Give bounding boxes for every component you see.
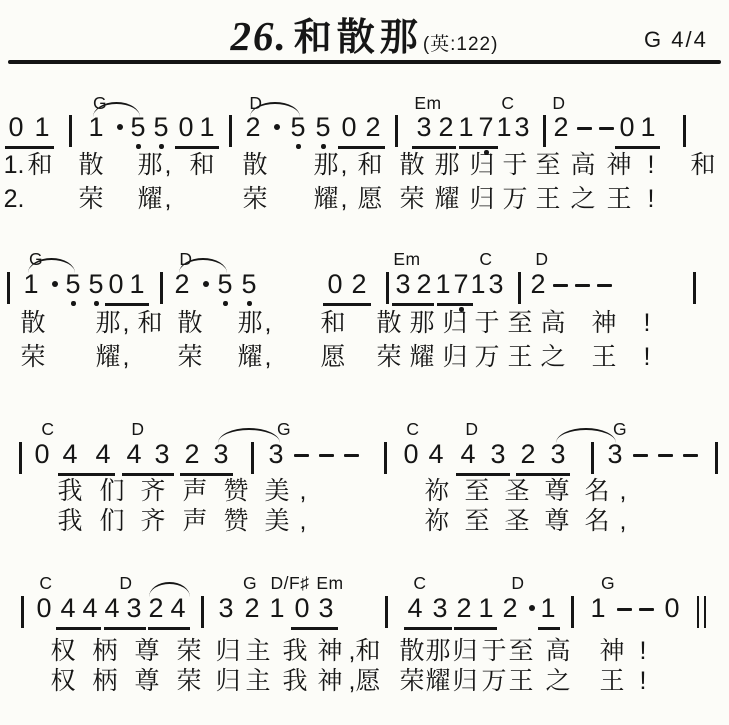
note-digit: 2	[184, 440, 199, 470]
eighth-beam	[412, 146, 456, 149]
barline	[160, 272, 163, 304]
dotted-note-dot	[52, 281, 58, 287]
lyric-syllable: 散	[399, 638, 424, 666]
eighth-beam	[105, 303, 149, 306]
note-digit: 0	[619, 113, 634, 143]
lyric-syllable: 于	[502, 152, 527, 180]
chord-label: D	[465, 419, 478, 440]
note-digit: 1	[478, 594, 493, 624]
barline	[571, 596, 574, 628]
lyric-syllable: 圣	[504, 508, 529, 536]
lyric-syllable: 之	[540, 344, 565, 372]
low-octave-dot	[321, 144, 326, 149]
low-octave-dot	[247, 301, 252, 306]
eighth-beam	[437, 303, 473, 306]
lyric-syllable: 尊	[544, 508, 569, 536]
lyric-syllable: 高	[540, 310, 565, 338]
lyric-syllable: 至	[508, 638, 533, 666]
eighth-beam	[338, 146, 385, 149]
lyric-syllable: 归	[442, 310, 467, 338]
dotted-note-dot	[529, 605, 535, 611]
lyric-syllable: 荣	[176, 638, 201, 666]
lyric-syllable: 齐	[140, 478, 165, 506]
chord-label: D	[131, 419, 144, 440]
eighth-beam	[104, 627, 146, 630]
chord-label: C	[39, 573, 52, 594]
lyric-syllable: ,	[165, 152, 172, 180]
lyric-syllable: 高	[545, 638, 570, 666]
lyric-syllable: 神	[317, 638, 342, 666]
lyric-syllable: 那	[425, 638, 450, 666]
note-digit: 1	[640, 113, 655, 143]
lyric-syllable: 耀	[137, 186, 162, 214]
dotted-note-dot	[117, 124, 123, 130]
barline	[201, 596, 204, 628]
duration-dash	[319, 454, 334, 457]
note-digit: 5	[153, 113, 168, 143]
lyric-syllable: 荣	[376, 344, 401, 372]
barline	[69, 115, 72, 147]
low-octave-dot	[296, 144, 301, 149]
note-digit: 4	[95, 440, 110, 470]
duration-dash	[344, 454, 359, 457]
lyric-syllable: 那	[313, 152, 338, 180]
lyric-syllable: 至	[507, 310, 532, 338]
duration-dash	[597, 284, 612, 287]
note-digit: 5	[290, 113, 305, 143]
note-digit: 3	[318, 594, 333, 624]
note-digit: 7	[478, 113, 493, 143]
lyric-syllable: 万	[481, 668, 506, 696]
lyric-syllable: 王	[599, 668, 624, 696]
chord-label: C	[501, 93, 514, 114]
lyric-syllable: 祢	[424, 478, 449, 506]
lyric-syllable: ,	[341, 152, 348, 180]
chord-label: D	[119, 573, 132, 594]
lyric-syllable: 和	[690, 152, 715, 180]
dotted-note-dot	[203, 281, 209, 287]
lyric-syllable: 荣	[78, 186, 103, 214]
note-digit: 1	[458, 113, 473, 143]
eighth-beam	[5, 146, 54, 149]
eighth-beam	[291, 627, 338, 630]
note-digit: 3	[218, 594, 233, 624]
note-digit: 0	[34, 440, 49, 470]
lyric-syllable: !	[640, 638, 647, 666]
lyric-syllable: 万	[502, 186, 527, 214]
note-digit: 0	[294, 594, 309, 624]
note-digit: 3	[395, 270, 410, 300]
lyric-syllable: 齐	[140, 508, 165, 536]
chord-label: G	[601, 573, 615, 594]
note-digit: 3	[213, 440, 228, 470]
note-digit: 1	[496, 113, 511, 143]
chord-label: D/F♯	[271, 573, 310, 594]
lyric-syllable: 权	[50, 638, 75, 666]
note-digit: 1	[23, 270, 38, 300]
lyric-syllable: 我	[282, 668, 307, 696]
eighth-beam	[392, 303, 434, 306]
lyric-syllable: !	[644, 344, 651, 372]
eighth-beam	[454, 627, 497, 630]
lyric-syllable: 荣	[399, 668, 424, 696]
lyric-syllable: 耀	[434, 186, 459, 214]
lyric-syllable: ,	[123, 310, 130, 338]
lyric-syllable: 美	[264, 478, 289, 506]
lyric-syllable: 1.	[4, 152, 25, 180]
lyric-syllable: 于	[481, 638, 506, 666]
note-digit: 3	[268, 440, 283, 470]
lyric-syllable: 耀	[95, 344, 120, 372]
barline	[384, 442, 387, 474]
barline	[385, 596, 388, 628]
lyric-syllable: 祢	[424, 508, 449, 536]
lyric-syllable: 美	[264, 508, 289, 536]
lyric-syllable: 们	[99, 478, 124, 506]
note-digit: 1	[540, 594, 555, 624]
lyric-syllable: 归	[452, 668, 477, 696]
note-digit: 0	[108, 270, 123, 300]
note-digit: 2	[438, 113, 453, 143]
lyric-syllable: 那	[95, 310, 120, 338]
lyric-syllable: 柄	[92, 638, 117, 666]
note-digit: 5	[241, 270, 256, 300]
note-digit: 5	[315, 113, 330, 143]
note-digit: 4	[60, 594, 75, 624]
lyric-syllable: 耀	[425, 668, 450, 696]
note-digit: 2	[351, 270, 366, 300]
note-digit: 3	[514, 113, 529, 143]
lyric-syllable: 之	[545, 668, 570, 696]
lyric-syllable: 赞	[223, 508, 248, 536]
chord-label: C	[413, 573, 426, 594]
note-digit: 1	[269, 594, 284, 624]
lyric-syllable: 尊	[134, 668, 159, 696]
lyric-syllable: 归	[215, 668, 240, 696]
note-digit: 4	[104, 594, 119, 624]
lyric-syllable: ,	[341, 186, 348, 214]
note-digit: 1	[129, 270, 144, 300]
duration-dash	[294, 454, 309, 457]
barline	[7, 272, 10, 304]
lyric-syllable: 王	[535, 186, 560, 214]
duration-dash	[617, 608, 632, 611]
lyric-syllable: ,	[300, 508, 307, 536]
duration-dash	[639, 608, 654, 611]
lyric-syllable: 权	[50, 668, 75, 696]
lyric-syllable: 耀	[313, 186, 338, 214]
note-digit: 4	[62, 440, 77, 470]
chord-label: C	[406, 419, 419, 440]
note-digit: 3	[488, 270, 503, 300]
low-octave-dot	[136, 144, 141, 149]
note-digit: 1	[435, 270, 450, 300]
low-octave-dot	[223, 301, 228, 306]
dotted-note-dot	[274, 124, 280, 130]
chord-label: D	[552, 93, 565, 114]
lyric-syllable: 和	[357, 152, 382, 180]
barline	[395, 115, 398, 147]
note-digit: 2	[553, 113, 568, 143]
chord-label: C	[479, 249, 492, 270]
lyric-syllable: 那	[409, 310, 434, 338]
lyric-syllable: 归	[469, 186, 494, 214]
chord-label: G	[613, 419, 627, 440]
note-digit: 4	[460, 440, 475, 470]
note-digit: 1	[199, 113, 214, 143]
chord-label: D	[535, 249, 548, 270]
duration-dash	[683, 454, 698, 457]
lyric-syllable: 神	[599, 638, 624, 666]
lyric-syllable: 于	[474, 310, 499, 338]
lyric-syllable: 散	[20, 310, 45, 338]
lyric-syllable: 我	[57, 508, 82, 536]
barline	[229, 115, 232, 147]
lyric-syllable: ,	[349, 638, 356, 666]
lyric-syllable: 荣	[20, 344, 45, 372]
lyric-syllable: 荣	[399, 186, 424, 214]
lyric-syllable: 和	[320, 310, 345, 338]
lyric-syllable: 愿	[355, 668, 380, 696]
lyric-syllable: 圣	[504, 478, 529, 506]
barline	[693, 272, 696, 304]
note-digit: 3	[607, 440, 622, 470]
lyric-syllable: 归	[469, 152, 494, 180]
lyric-syllable: 至	[464, 478, 489, 506]
chord-label: Em	[316, 573, 343, 594]
score: GDEmCD0115501255023217132011.和散那,和散那,和散那…	[0, 0, 729, 725]
lyric-syllable: ,	[300, 478, 307, 506]
lyric-syllable: 荣	[176, 668, 201, 696]
lyric-syllable: 王	[591, 344, 616, 372]
lyric-syllable: ,	[620, 478, 627, 506]
lyric-syllable: 声	[182, 478, 207, 506]
lyric-syllable: 散	[376, 310, 401, 338]
lyric-syllable: 归	[452, 638, 477, 666]
lyric-syllable: 尊	[544, 478, 569, 506]
note-digit: 1	[590, 594, 605, 624]
duration-dash	[599, 127, 614, 130]
note-digit: 2	[530, 270, 545, 300]
note-digit: 4	[407, 594, 422, 624]
lyric-syllable: 赞	[223, 478, 248, 506]
lyric-syllable: !	[644, 310, 651, 338]
note-digit: 3	[550, 440, 565, 470]
lyric-syllable: !	[648, 186, 655, 214]
chord-label: Em	[414, 93, 441, 114]
note-digit: 2	[365, 113, 380, 143]
eighth-beam	[180, 473, 233, 476]
lyric-syllable: 至	[535, 152, 560, 180]
barline	[251, 442, 254, 474]
note-digit: 3	[490, 440, 505, 470]
lyric-syllable: 高	[570, 152, 595, 180]
note-digit: 2	[148, 594, 163, 624]
eighth-beam	[516, 473, 570, 476]
barline	[543, 115, 546, 147]
lyric-syllable: 和	[27, 152, 52, 180]
eighth-beam	[323, 303, 371, 306]
lyric-syllable: 散	[242, 152, 267, 180]
note-digit: 5	[65, 270, 80, 300]
lyric-syllable: 耀	[409, 344, 434, 372]
lyric-syllable: 们	[99, 508, 124, 536]
lyric-syllable: 荣	[177, 344, 202, 372]
lyric-syllable: ,	[165, 186, 172, 214]
eighth-beam	[459, 146, 498, 149]
note-digit: 2	[244, 594, 259, 624]
note-digit: 2	[456, 594, 471, 624]
lyric-syllable: 那	[237, 310, 262, 338]
lyric-syllable: 之	[570, 186, 595, 214]
lyric-syllable: 愿	[357, 186, 382, 214]
lyric-syllable: 和	[189, 152, 214, 180]
lyric-syllable: 至	[464, 508, 489, 536]
lyric-syllable: 和	[137, 310, 162, 338]
lyric-syllable: 归	[215, 638, 240, 666]
chord-label: G	[243, 573, 257, 594]
note-digit: 1	[34, 113, 49, 143]
lyric-syllable: 声	[182, 508, 207, 536]
lyric-syllable: 尊	[134, 638, 159, 666]
lyric-syllable: 那	[137, 152, 162, 180]
low-octave-dot	[94, 301, 99, 306]
lyric-syllable: 名	[584, 478, 609, 506]
lyric-syllable: ,	[265, 344, 272, 372]
barline	[591, 442, 594, 474]
eighth-beam	[58, 473, 115, 476]
note-digit: 4	[126, 440, 141, 470]
lyric-syllable: ,	[123, 344, 130, 372]
note-digit: 2	[174, 270, 189, 300]
note-digit: 5	[88, 270, 103, 300]
lyric-syllable: 和	[355, 638, 380, 666]
lyric-syllable: 我	[282, 638, 307, 666]
barline	[19, 442, 22, 474]
low-octave-dot	[71, 301, 76, 306]
lyric-syllable: 神	[317, 668, 342, 696]
lyric-syllable: 王	[606, 186, 631, 214]
note-digit: 3	[154, 440, 169, 470]
note-digit: 0	[327, 270, 342, 300]
eighth-beam	[456, 473, 510, 476]
note-digit: 4	[428, 440, 443, 470]
note-digit: 1	[88, 113, 103, 143]
lyric-syllable: 神	[606, 152, 631, 180]
barline	[386, 272, 389, 304]
barline	[21, 596, 24, 628]
note-digit: 2	[416, 270, 431, 300]
eighth-beam	[122, 473, 174, 476]
eighth-beam	[148, 627, 190, 630]
duration-dash	[575, 284, 590, 287]
lyric-syllable: 荣	[242, 186, 267, 214]
lyric-syllable: 散	[177, 310, 202, 338]
note-digit: 0	[341, 113, 356, 143]
lyric-syllable: !	[640, 668, 647, 696]
sheet-music-page: 26.和散那(英:122) G 4/4 GDEmCD01155012550232…	[0, 0, 729, 725]
note-digit: 4	[82, 594, 97, 624]
chord-label: G	[277, 419, 291, 440]
note-digit: 1	[470, 270, 485, 300]
note-digit: 0	[178, 113, 193, 143]
duration-dash	[577, 127, 592, 130]
lyric-syllable: 主	[245, 668, 270, 696]
lyric-syllable: 那	[434, 152, 459, 180]
lyric-syllable: ,	[265, 310, 272, 338]
final-barline	[697, 596, 706, 628]
note-digit: 5	[217, 270, 232, 300]
lyric-syllable: 耀	[237, 344, 262, 372]
note-digit: 2	[245, 113, 260, 143]
lyric-syllable: 王	[507, 344, 532, 372]
lyric-syllable: ,	[349, 668, 356, 696]
note-digit: 4	[170, 594, 185, 624]
note-digit: 5	[130, 113, 145, 143]
lyric-syllable: ,	[620, 508, 627, 536]
note-digit: 0	[664, 594, 679, 624]
eighth-beam	[404, 627, 452, 630]
lyric-syllable: 万	[474, 344, 499, 372]
note-digit: 2	[520, 440, 535, 470]
lyric-syllable: 归	[442, 344, 467, 372]
note-digit: 2	[502, 594, 517, 624]
lyric-syllable: 神	[591, 310, 616, 338]
low-octave-dot	[159, 144, 164, 149]
note-digit: 3	[416, 113, 431, 143]
duration-dash	[633, 454, 648, 457]
chord-label: C	[41, 419, 54, 440]
duration-dash	[658, 454, 673, 457]
chord-label: D	[511, 573, 524, 594]
barline	[715, 442, 718, 474]
lyric-syllable: 2.	[4, 186, 25, 214]
lyric-syllable: 我	[57, 478, 82, 506]
lyric-syllable: 柄	[92, 668, 117, 696]
note-digit: 3	[126, 594, 141, 624]
barline	[518, 272, 521, 304]
note-digit: 0	[36, 594, 51, 624]
lyric-syllable: 愿	[320, 344, 345, 372]
lyric-syllable: 散	[399, 152, 424, 180]
note-digit: 7	[453, 270, 468, 300]
eighth-beam	[175, 146, 219, 149]
note-digit: 0	[8, 113, 23, 143]
lyric-syllable: 王	[508, 668, 533, 696]
lyric-syllable: 名	[584, 508, 609, 536]
barline	[683, 115, 686, 147]
lyric-syllable: !	[648, 152, 655, 180]
lyric-syllable: 主	[245, 638, 270, 666]
eighth-beam	[615, 146, 660, 149]
lyric-syllable: 散	[78, 152, 103, 180]
duration-dash	[553, 284, 568, 287]
chord-label: Em	[393, 249, 420, 270]
eighth-beam	[56, 627, 101, 630]
eighth-beam	[538, 627, 560, 630]
note-digit: 0	[403, 440, 418, 470]
note-digit: 3	[432, 594, 447, 624]
